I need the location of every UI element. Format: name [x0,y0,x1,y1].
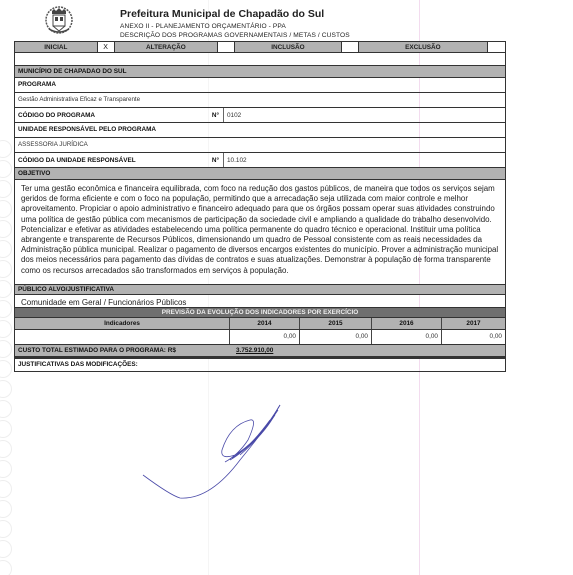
publico-value: Comunidade em Geral / Funcionários Públi… [14,295,506,308]
indicadores-header-row: Indicadores 2014 2015 2016 2017 [14,318,506,330]
signature [140,400,320,530]
unidade-value: ASSESSORIA JURÍDICA [14,138,506,153]
indicador-value-cell: 0,00 [300,330,372,344]
codigo-programa-value: 0102 [224,108,241,122]
codigo-programa-label: CÓDIGO DO PROGRAMA [15,108,191,122]
binder-holes-decoration [0,0,14,575]
objetivo-label: OBJETIVO [14,168,506,180]
programa-label: PROGRAMA [14,78,506,93]
checkbox-alteracao[interactable] [217,42,235,52]
objetivo-text: Ter uma gestão econômica e financeira eq… [14,180,506,285]
indicador-value-cell: 0,00 [230,330,300,344]
type-label-exclusao: EXCLUSÃO [359,42,487,52]
program-form: INICIAL X ALTERAÇÃO INCLUSÃO EXCLUSÃO MU… [14,41,506,372]
codigo-unidade-value: 10.102 [224,153,247,167]
custo-total-row: CUSTO TOTAL ESTIMADO PARA O PROGRAMA: R$… [14,345,506,357]
codigo-unidade-row: CÓDIGO DA UNIDADE RESPONSÁVEL N° 10.102 [14,153,506,168]
document-subtitle: DESCRIÇÃO DOS PROGRAMAS GOVERNAMENTAIS /… [120,32,350,39]
document-header: Prefeitura Municipal de Chapadão do Sul … [0,0,573,45]
blank-row [14,53,506,66]
indicadores-col-header: Indicadores [15,318,230,329]
document-subtitle: ANEXO II - PLANEJAMENTO ORÇAMENTÁRIO - P… [120,23,286,30]
programa-value: Gestão Administrativa Eficaz e Transpare… [14,93,506,108]
unidade-label: UNIDADE RESPONSÁVEL PELO PROGRAMA [14,123,506,138]
document-title: Prefeitura Municipal de Chapadão do Sul [120,8,324,20]
custo-total-label: CUSTO TOTAL ESTIMADO PARA O PROGRAMA: R$ [15,345,236,356]
type-label-inclusao: INCLUSÃO [235,42,341,52]
codigo-unidade-n-label: N° [191,153,224,167]
year-col-header: 2017 [442,318,505,329]
type-label-alteracao: ALTERAÇÃO [115,42,218,52]
checkbox-inclusao[interactable] [341,42,359,52]
justificativas-label: JUSTIFICATIVAS DAS MODIFICAÇÕES: [14,357,506,372]
year-col-header: 2015 [300,318,372,329]
type-label-inicial: INICIAL [15,42,97,52]
change-type-row: INICIAL X ALTERAÇÃO INCLUSÃO EXCLUSÃO [14,41,506,53]
checkbox-exclusao[interactable] [487,42,505,52]
year-col-header: 2016 [372,318,442,329]
indicador-name-cell [15,330,230,344]
municipio-label: MUNICÍPIO DE CHAPADAO DO SUL [14,66,506,78]
publico-label: PÚBLICO ALVO/JUSTIFICATIVA [14,285,506,295]
indicadores-title: PREVISÃO DA EVOLUÇÃO DOS INDICADORES POR… [14,308,506,318]
checkbox-inicial[interactable]: X [97,42,115,52]
custo-total-value: 3.752.910,00 [236,345,273,356]
year-col-header: 2014 [230,318,300,329]
indicadores-value-row: 0,00 0,00 0,00 0,00 [14,330,506,345]
coat-of-arms-icon [44,5,74,35]
codigo-unidade-label: CÓDIGO DA UNIDADE RESPONSÁVEL [15,153,191,167]
indicador-value-cell: 0,00 [372,330,442,344]
codigo-programa-n-label: N° [191,108,224,122]
indicador-value-cell: 0,00 [442,330,505,344]
codigo-programa-row: CÓDIGO DO PROGRAMA N° 0102 [14,108,506,123]
